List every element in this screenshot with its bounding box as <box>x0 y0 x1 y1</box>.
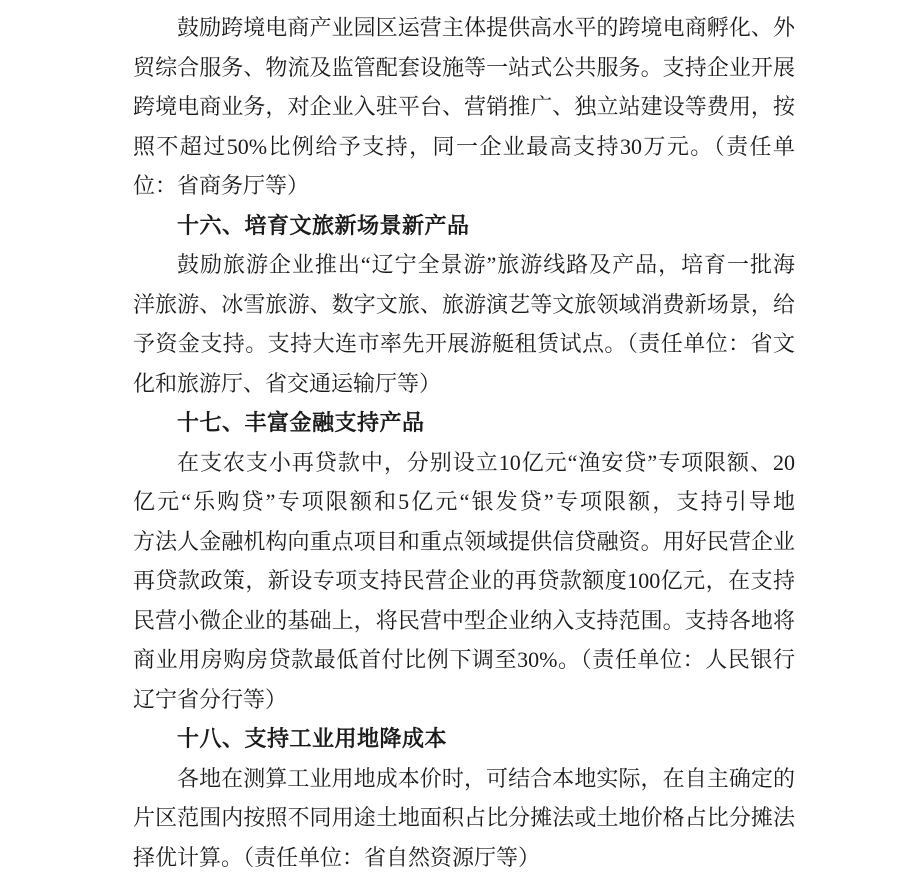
text-line: 洋旅游、冰雪旅游、数字文旅、旅游演艺等文旅领域消费新场景，给 <box>133 285 795 325</box>
text-line: 予资金支持。支持大连市率先开展游艇租赁试点。（责任单位：省文 <box>133 324 795 364</box>
text-line: 鼓励跨境电商产业园区运营主体提供高水平的跨境电商孵化、外 <box>133 8 795 48</box>
paragraph: 鼓励旅游企业推出“辽宁全景游”旅游线路及产品，培育一批海洋旅游、冰雪旅游、数字文… <box>133 245 795 403</box>
text-line: 择优计算。（责任单位：省自然资源厅等） <box>133 838 795 878</box>
text-line: 商业用房购房贷款最低首付比例下调至30%。（责任单位：人民银行 <box>133 640 795 680</box>
heading-line: 十七、丰富金融支持产品 <box>133 403 795 443</box>
text-line: 贸综合服务、物流及监管配套设施等一站式公共服务。支持企业开展 <box>133 48 795 88</box>
text-line: 照不超过50%比例给予支持，同一企业最高支持30万元。（责任单 <box>133 127 795 167</box>
heading-line: 十六、培育文旅新场景新产品 <box>133 206 795 246</box>
paragraph: 在支农支小再贷款中，分别设立10亿元“渔安贷”专项限额、20亿元“乐购贷”专项限… <box>133 443 795 720</box>
text-line: 在支农支小再贷款中，分别设立10亿元“渔安贷”专项限额、20 <box>133 443 795 483</box>
text-line: 方法人金融机构向重点项目和重点领域提供信贷融资。用好民营企业 <box>133 522 795 562</box>
section-heading: 十六、培育文旅新场景新产品 <box>133 206 795 246</box>
paragraph: 各地在测算工业用地成本价时，可结合本地实际，在自主确定的片区范围内按照不同用途土… <box>133 759 795 878</box>
paragraph: 鼓励跨境电商产业园区运营主体提供高水平的跨境电商孵化、外贸综合服务、物流及监管配… <box>133 8 795 206</box>
document-body: 鼓励跨境电商产业园区运营主体提供高水平的跨境电商孵化、外贸综合服务、物流及监管配… <box>133 8 795 877</box>
section-heading: 十八、支持工业用地降成本 <box>133 719 795 759</box>
text-line: 位：省商务厅等） <box>133 166 795 206</box>
text-line: 跨境电商业务，对企业入驻平台、营销推广、独立站建设等费用，按 <box>133 87 795 127</box>
text-line: 片区范围内按照不同用途土地面积占比分摊法或土地价格占比分摊法 <box>133 798 795 838</box>
text-line: 亿元“乐购贷”专项限额和5亿元“银发贷”专项限额，支持引导地 <box>133 482 795 522</box>
text-line: 各地在测算工业用地成本价时，可结合本地实际，在自主确定的 <box>133 759 795 799</box>
text-line: 化和旅游厅、省交通运输厅等） <box>133 364 795 404</box>
section-heading: 十七、丰富金融支持产品 <box>133 403 795 443</box>
text-line: 鼓励旅游企业推出“辽宁全景游”旅游线路及产品，培育一批海 <box>133 245 795 285</box>
text-line: 再贷款政策，新设专项支持民营企业的再贷款额度100亿元，在支持 <box>133 561 795 601</box>
document-page: 鼓励跨境电商产业园区运营主体提供高水平的跨境电商孵化、外贸综合服务、物流及监管配… <box>0 0 912 879</box>
text-line: 民营小微企业的基础上，将民营中型企业纳入支持范围。支持各地将 <box>133 601 795 641</box>
heading-line: 十八、支持工业用地降成本 <box>133 719 795 759</box>
text-line: 辽宁省分行等） <box>133 680 795 720</box>
